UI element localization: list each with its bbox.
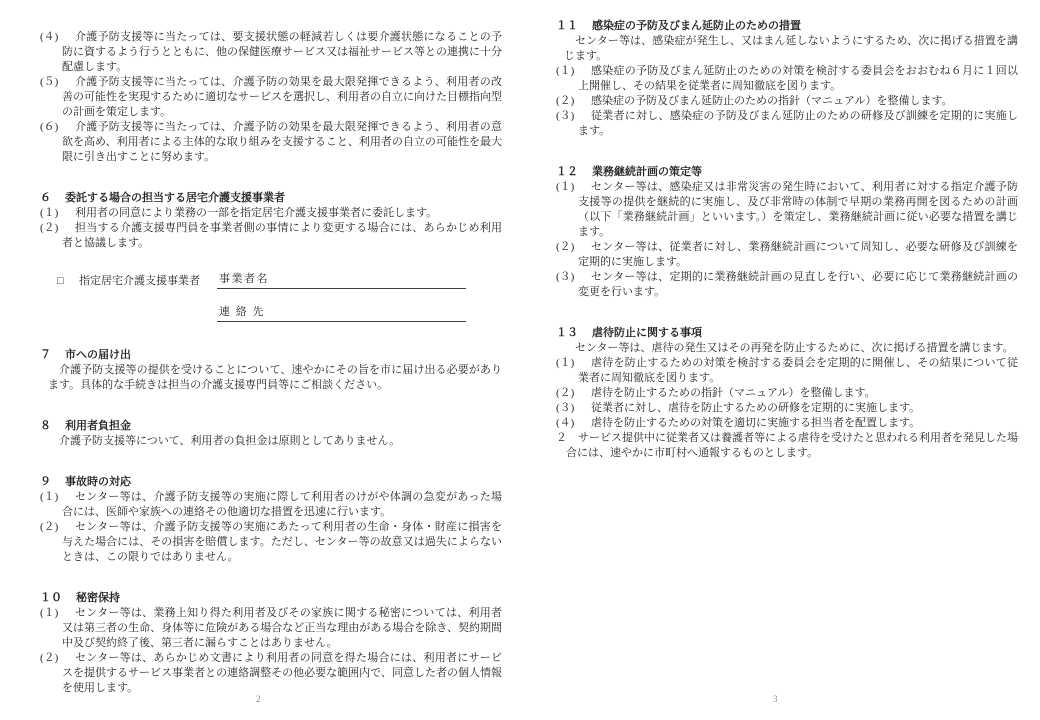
list-item: (１)センター等は、業務上知り得た利用者及びその家族に関する秘密については、利用…	[40, 606, 502, 651]
list-item: (５)介護予防支援等に当たっては、介護予防の効果を最大限発揮できるよう、利用者の…	[40, 75, 502, 120]
item-label: (２)	[40, 651, 58, 666]
item-label: (２)	[556, 240, 574, 255]
item-label: (１)	[40, 490, 58, 505]
document-sheet: (４)介護予防支援等に当たっては、要支援状態の軽減若しくは要介護状態になることの…	[0, 0, 1040, 720]
list-item: (６)介護予防支援等に当たっては、介護予防の効果を最大限発揮できるよう、利用者の…	[40, 120, 502, 165]
item-text: センター等は、感染症又は非常災害の発生時において、利用者に対する指定介護予防支援…	[578, 181, 1018, 238]
section-heading: ６委託する場合の担当する居宅介護支援事業者	[40, 191, 502, 206]
item-text: 介護予防支援等に当たっては、要支援状態の軽減若しくは要介護状態になることの予防に…	[62, 31, 502, 73]
item-label: (２)	[40, 520, 58, 535]
item-text: 感染症の予防及びまん延防止のための指針（マニュアル）を整備します。	[591, 95, 953, 107]
list-item: (２)感染症の予防及びまん延防止のための指針（マニュアル）を整備します。	[556, 94, 1018, 109]
section-number: １１	[556, 19, 578, 34]
paragraph: 介護予防支援等について、利用者の負担金は原則としてありません。	[48, 434, 502, 449]
section-heading: ９事故時の対応	[40, 475, 502, 490]
item-label: (３)	[556, 401, 574, 416]
section-number: ６	[40, 191, 51, 206]
section-heading: ７市への届け出	[40, 348, 502, 363]
section-number: ９	[40, 475, 51, 490]
item-text: 虐待を防止するための指針（マニュアル）を整備します。	[591, 387, 876, 399]
item-label: (１)	[40, 206, 58, 221]
item-text: センター等は、介護予防支援等の実施にあたって利用者の生命・身体・財産に損害を与え…	[62, 521, 502, 563]
checkbox-glyph: □	[57, 274, 79, 289]
section: ９事故時の対応(１)センター等は、介護予防支援等の実施に際して利用者のけがや体調…	[40, 475, 502, 565]
list-item: (１)利用者の同意により業務の一部を指定居宅介護支援事業者に委託します。	[40, 206, 502, 221]
item-label: (１)	[556, 356, 574, 371]
section-title: 利用者負担金	[65, 420, 131, 432]
item-label: (３)	[556, 270, 574, 285]
section-title: 市への届け出	[65, 349, 131, 361]
list-item: (１)センター等は、感染症又は非常災害の発生時において、利用者に対する指定介護予…	[556, 180, 1018, 240]
form-row: 連 絡 先	[40, 304, 502, 322]
item-text: センター等は、介護予防支援等の実施に際して利用者のけがや体調の急変があった場合に…	[62, 491, 502, 518]
list-item: (３)センター等は、定期的に業務継続計画の見直しを行い、必要に応じて業務継続計画…	[556, 270, 1018, 300]
section-number: １２	[556, 165, 578, 180]
list-item: (４)介護予防支援等に当たっては、要支援状態の軽減若しくは要介護状態になることの…	[40, 30, 502, 75]
section-title: 感染症の予防及びまん延防止のための措置	[592, 20, 801, 32]
item-label: (２)	[556, 386, 574, 401]
section-title: 秘密保持	[76, 592, 120, 604]
form-field-line: 連 絡 先	[217, 305, 466, 322]
list-item: (２)担当する介護支援専門員を事業者側の事情により変更する場合には、あらかじめ利…	[40, 221, 502, 251]
item-text: サービス提供中に従業者又は養護者等による虐待を受けたと思われる利用者を発見した場…	[566, 432, 1018, 459]
item-label: (４)	[40, 30, 58, 45]
field-label: 連 絡 先	[219, 306, 265, 318]
section-title: 事故時の対応	[65, 476, 131, 488]
section-number: ７	[40, 348, 51, 363]
form-row: □指定居宅介護支援事業者事業者名	[40, 271, 502, 289]
item-text: 利用者の同意により業務の一部を指定居宅介護支援事業者に委託します。	[75, 207, 437, 219]
item-text: 感染症の予防及びまん延防止のための対策を検討する委員会をおおむね６月に１回以上開…	[578, 65, 1018, 92]
item-label: (２)	[556, 94, 574, 109]
item-label: (１)	[40, 606, 58, 621]
section-number: １３	[556, 326, 578, 341]
section-number: ８	[40, 419, 51, 434]
form-owner-label: 指定居宅介護支援事業者	[79, 274, 217, 289]
section-heading: １２業務継続計画の策定等	[556, 165, 1018, 180]
list-item: (４)虐待を防止するための対策を適切に実施する担当者を配置します。	[556, 416, 1018, 431]
item-label: (３)	[556, 109, 574, 124]
item-text: 虐待を防止するための対策を検討する委員会を定期的に開催し、その結果について従業者…	[578, 357, 1018, 384]
list-item: (２)センター等は、あらかじめ文書により利用者の同意を得た場合には、利用者にサー…	[40, 651, 502, 696]
form-field-line: 事業者名	[217, 272, 466, 289]
section: １２業務継続計画の策定等(１)センター等は、感染症又は非常災害の発生時において、…	[556, 165, 1018, 300]
list-item: (３)従業者に対し、虐待を防止するための研修を定期的に実施します。	[556, 401, 1018, 416]
section-title: 虐待防止に関する事項	[592, 327, 702, 339]
list-item: (１)虐待を防止するための対策を検討する委員会を定期的に開催し、その結果について…	[556, 356, 1018, 386]
section-title: 業務継続計画の策定等	[592, 166, 702, 178]
section: １３虐待防止に関する事項センター等は、虐待の発生又はその再発を防止するために、次…	[556, 326, 1018, 461]
section-heading: １１感染症の予防及びまん延防止のための措置	[556, 19, 1018, 34]
item-text: センター等は、従業者に対し、業務継続計画について周知し、必要な研修及び訓練を定期…	[578, 241, 1018, 268]
item-label: (２)	[40, 221, 58, 236]
list-item: (２)センター等は、介護予防支援等の実施にあたって利用者の生命・身体・財産に損害…	[40, 520, 502, 565]
item-label: (６)	[40, 120, 58, 135]
page-number: 2	[256, 692, 261, 707]
page-number: 3	[773, 692, 778, 707]
item-label: ２	[556, 431, 567, 446]
page-3-column: １１感染症の予防及びまん延防止のための措置センター等は、感染症が発生し、又はまん…	[556, 19, 1018, 461]
section: ８利用者負担金介護予防支援等について、利用者の負担金は原則としてありません。	[40, 419, 502, 449]
section-heading: １３虐待防止に関する事項	[556, 326, 1018, 341]
item-label: (５)	[40, 75, 58, 90]
page-2-column: (４)介護予防支援等に当たっては、要支援状態の軽減若しくは要介護状態になることの…	[40, 30, 502, 696]
field-label: 事業者名	[219, 273, 269, 285]
paragraph: 介護予防支援等の提供を受けることについて、速やかにその旨を市に届け出る必要があり…	[48, 363, 502, 393]
section: １１感染症の予防及びまん延防止のための措置センター等は、感染症が発生し、又はまん…	[556, 19, 1018, 139]
paragraph: センター等は、感染症が発生し、又はまん延しないようにするため、次に掲げる措置を講…	[564, 34, 1018, 64]
item-label: (１)	[556, 64, 574, 79]
section: (４)介護予防支援等に当たっては、要支援状態の軽減若しくは要介護状態になることの…	[40, 30, 502, 165]
item-text: 介護予防支援等に当たっては、介護予防の効果を最大限発揮できるよう、利用者の改善の…	[62, 76, 502, 118]
list-item: ２サービス提供中に従業者又は養護者等による虐待を受けたと思われる利用者を発見した…	[556, 431, 1018, 461]
item-text: センター等は、業務上知り得た利用者及びその家族に関する秘密については、利用者又は…	[62, 607, 502, 649]
item-text: 介護予防支援等に当たっては、介護予防の効果を最大限発揮できるよう、利用者の意欲を…	[62, 121, 502, 163]
section: ６委託する場合の担当する居宅介護支援事業者(１)利用者の同意により業務の一部を指…	[40, 191, 502, 322]
section-title: 委託する場合の担当する居宅介護支援事業者	[65, 192, 285, 204]
paragraph: センター等は、虐待の発生又はその再発を防止するために、次に掲げる措置を講じます。	[564, 341, 1018, 356]
list-item: (３)従業者に対し、感染症の予防及びまん延防止のための研修及び訓練を定期的に実施…	[556, 109, 1018, 139]
section-heading: １０秘密保持	[40, 591, 502, 606]
list-item: (１)感染症の予防及びまん延防止のための対策を検討する委員会をおおむね６月に１回…	[556, 64, 1018, 94]
form-area: □指定居宅介護支援事業者事業者名連 絡 先	[40, 271, 502, 322]
item-text: 従業者に対し、感染症の予防及びまん延防止のための研修及び訓練を定期的に実施します…	[578, 110, 1018, 137]
item-label: (４)	[556, 416, 574, 431]
item-text: センター等は、定期的に業務継続計画の見直しを行い、必要に応じて業務継続計画の変更…	[578, 271, 1018, 298]
item-text: センター等は、あらかじめ文書により利用者の同意を得た場合には、利用者にサービスを…	[62, 652, 502, 694]
section: １０秘密保持(１)センター等は、業務上知り得た利用者及びその家族に関する秘密につ…	[40, 591, 502, 696]
list-item: (２)虐待を防止するための指針（マニュアル）を整備します。	[556, 386, 1018, 401]
item-text: 虐待を防止するための対策を適切に実施する担当者を配置します。	[591, 417, 920, 429]
section: ７市への届け出介護予防支援等の提供を受けることについて、速やかにその旨を市に届け…	[40, 348, 502, 393]
list-item: (２)センター等は、従業者に対し、業務継続計画について周知し、必要な研修及び訓練…	[556, 240, 1018, 270]
item-text: 担当する介護支援専門員を事業者側の事情により変更する場合には、あらかじめ利用者と…	[62, 222, 502, 249]
section-heading: ８利用者負担金	[40, 419, 502, 434]
item-label: (１)	[556, 180, 574, 195]
list-item: (１)センター等は、介護予防支援等の実施に際して利用者のけがや体調の急変があった…	[40, 490, 502, 520]
item-text: 従業者に対し、虐待を防止するための研修を定期的に実施します。	[591, 402, 920, 414]
section-number: １０	[40, 591, 62, 606]
